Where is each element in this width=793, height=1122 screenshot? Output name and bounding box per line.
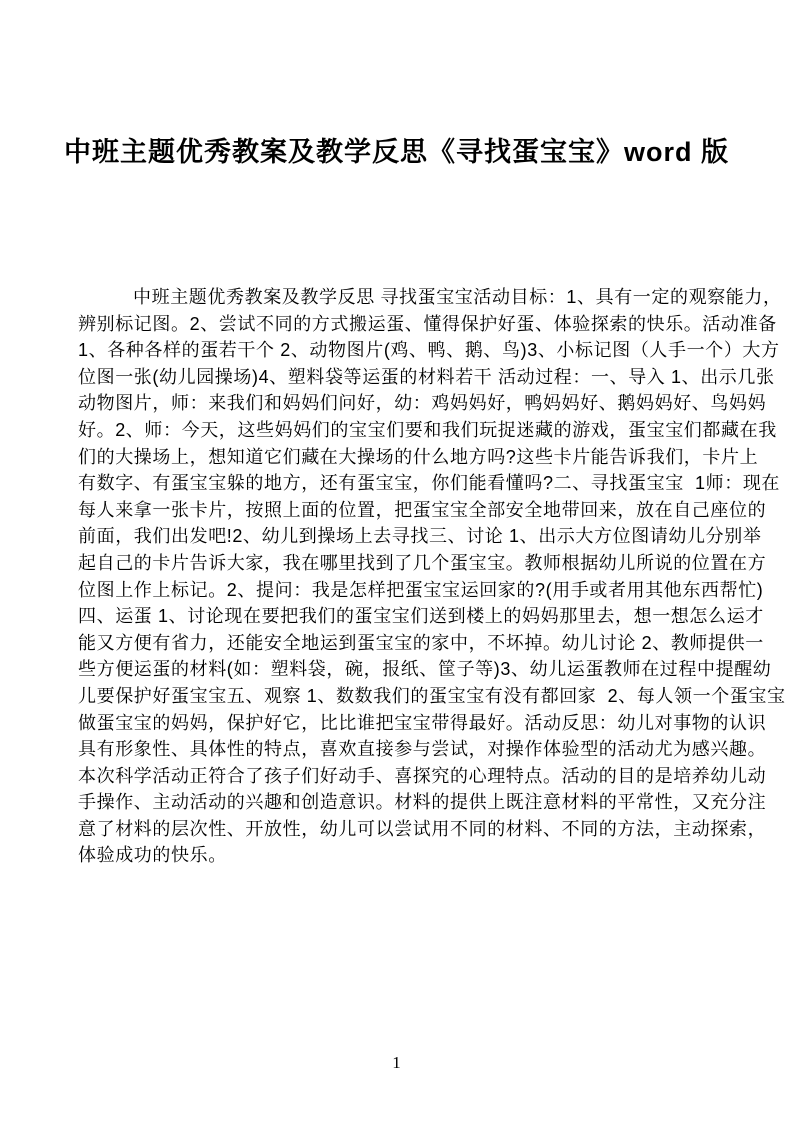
body-line: 中班主题优秀教案及教学反思 寻找蛋宝宝活动目标：1、具有一定的观察能力， [78,284,793,311]
body-line: 做蛋宝宝的妈妈，保护好它，比比谁把宝宝带得最好。活动反思：幼儿对事物的认识 [78,710,793,737]
body-line: 辨别标记图。2、尝试不同的方式搬运蛋、懂得保护好蛋、体验探索的快乐。活动准备 [78,311,793,338]
body-line: 体验成功的快乐。 [78,842,793,869]
body-line: 好。2、师：今天，这些妈妈们的宝宝们要和我们玩捉迷藏的游戏，蛋宝宝们都藏在我 [78,417,793,444]
body-line: 四、运蛋 1、讨论现在要把我们的蛋宝宝们送到楼上的妈妈那里去，想一想怎么运才 [78,603,793,630]
body-line: 起自己的卡片告诉大家，我在哪里找到了几个蛋宝宝。教师根据幼儿所说的位置在方 [78,550,793,577]
body-line: 每人来拿一张卡片，按照上面的位置，把蛋宝宝全部安全地带回来，放在自己座位的 [78,497,793,524]
document-body: 中班主题优秀教案及教学反思 寻找蛋宝宝活动目标：1、具有一定的观察能力，辨别标记… [78,284,793,869]
body-line: 本次科学活动正符合了孩子们好动手、喜探究的心理特点。活动的目的是培养幼儿动 [78,763,793,790]
body-line: 意了材料的层次性、开放性，幼儿可以尝试用不同的材料、不同的方法，主动探索， [78,816,793,843]
body-line: 位图一张(幼儿园操场)4、塑料袋等运蛋的材料若干 活动过程：一、导入 1、出示几… [78,364,793,391]
document-page: 中班主题优秀教案及教学反思《寻找蛋宝宝》word 版 中班主题优秀教案及教学反思… [0,0,793,1122]
body-line: 手操作、主动活动的兴趣和创造意识。材料的提供上既注意材料的平常性，又充分注 [78,789,793,816]
body-line: 动物图片，师：来我们和妈妈们问好，幼：鸡妈妈好，鸭妈妈好、鹅妈妈好、鸟妈妈 [78,390,793,417]
body-line: 们的大操场上，想知道它们藏在大操场的什么地方吗?这些卡片能告诉我们，卡片上 [78,444,793,471]
page-number: 1 [0,1052,793,1074]
body-line: 1、各种各样的蛋若干个 2、动物图片(鸡、鸭、鹅、鸟)3、小标记图（人手一个）大… [78,337,793,364]
document-title: 中班主题优秀教案及教学反思《寻找蛋宝宝》word 版 [0,133,793,171]
body-line: 些方便运蛋的材料(如：塑料袋，碗，报纸、筐子等)3、幼儿运蛋教师在过程中提醒幼 [78,656,793,683]
body-line: 具有形象性、具体性的特点，喜欢直接参与尝试，对操作体验型的活动尤为感兴趣。 [78,736,793,763]
body-line: 位图上作上标记。2、提问：我是怎样把蛋宝宝运回家的?(用手或者用其他东西帮忙) [78,577,793,604]
body-line: 能又方便有省力，还能安全地运到蛋宝宝的家中，不坏掉。幼儿讨论 2、教师提供一 [78,630,793,657]
body-line: 前面，我们出发吧!2、幼儿到操场上去寻找三、讨论 1、出示大方位图请幼儿分别举 [78,523,793,550]
body-line: 儿要保护好蛋宝宝五、观察 1、数数我们的蛋宝宝有没有都回家 2、每人领一个蛋宝宝 [78,683,793,710]
body-line: 有数字、有蛋宝宝躲的地方，还有蛋宝宝，你们能看懂吗?二、寻找蛋宝宝 1师：现在 [78,470,793,497]
